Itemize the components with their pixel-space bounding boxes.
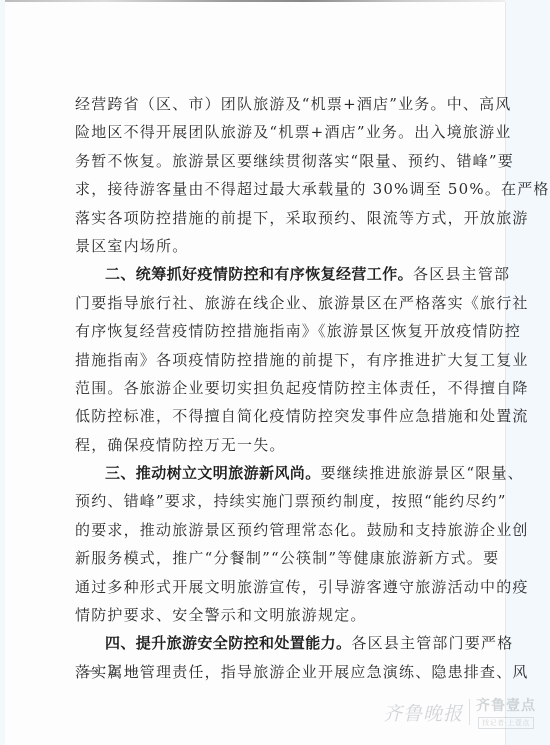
line-text: 要继续推进旅游景区“限量、 (321, 464, 524, 482)
line-text: 新服务模式，推广“分餐制”“公筷制”等健康旅游新方式。要 (75, 549, 499, 567)
line-text: 低防控标准，不得擅自简化疫情防控突发事件应急措施和处置流 (75, 407, 529, 425)
line-text: 求，接待游客量由不得超过最大承载量的 30%调至 50%。在严格 (75, 180, 550, 198)
line-text: 门要指导旅行社、旅游在线企业、旅游景区在严格落实《旅行社 (75, 294, 529, 312)
text-line: 程，确保疫情防控万无一失。 (75, 431, 470, 459)
watermark-divider (469, 699, 470, 725)
text-line: 低防控标准，不得擅自简化疫情防控突发事件应急措施和处置流 (75, 402, 470, 430)
line-text: 范围。各旅游企业要切实担负起疫情防控主体责任，不得擅自降 (75, 379, 529, 397)
text-line: 新服务模式，推广“分餐制”“公筷制”等健康旅游新方式。要 (75, 544, 470, 572)
section-heading-line: 二、统筹抓好疫情防控和有序恢复经营工作。各区县主管部 (75, 260, 470, 288)
line-text: 通过多种形式开展文明旅游宣传，引导游客遵守旅游活动中的疫 (75, 578, 529, 596)
text-line: 险地区不得开展团队旅游及“机票+酒店”业务。出入境旅游业 (75, 118, 470, 146)
line-text: 落实属地管理责任，指导旅游企业开展应急演练、隐患排查、风 (75, 663, 529, 681)
line-text: 措施指南》各项疫情防控措施的前提下，有序推进扩大复工复业 (75, 351, 529, 369)
line-text: 各区县主管部门要严格 (351, 634, 513, 652)
line-text: 情防护要求、安全警示和文明旅游规定。 (75, 606, 367, 624)
section-heading: 二、统筹抓好疫情防控和有序恢复经营工作。 (105, 265, 413, 283)
text-line: 范围。各旅游企业要切实担负起疫情防控主体责任，不得擅自降 (75, 374, 470, 402)
text-line: 预约、错峰”要求，持续实施门票预约制度，按照“能约尽约” (75, 487, 470, 515)
section-heading: 三、推动树立文明旅游新风尚。 (105, 464, 321, 482)
text-line: 务暂不恢复。旅游景区要继续贯彻落实“限量、预约、错峰”要 (75, 147, 470, 175)
text-line: 的要求，推动旅游景区预约管理常态化。鼓励和支持旅游企业创 (75, 516, 470, 544)
text-line: 求，接待游客量由不得超过最大承载量的 30%调至 50%。在严格 (75, 175, 470, 203)
watermark-slogan: 找记者·上壹点 (478, 717, 534, 729)
line-text: 有序恢复经营疫情防控措施指南》《旅游景区恢复开放疫情防控 (75, 322, 521, 340)
section-heading-line: 三、推动树立文明旅游新风尚。要继续推进旅游景区“限量、 (75, 459, 470, 487)
line-text: 各区县主管部 (413, 265, 510, 283)
text-line: 景区室内场所。 (75, 232, 470, 260)
text-line: 情防护要求、安全警示和文明旅游规定。 (75, 601, 470, 629)
line-text: 景区室内场所。 (75, 237, 188, 255)
watermark-logo: 齐鲁壹点 (476, 695, 536, 715)
watermark-logo-box: 齐鲁壹点 找记者·上壹点 (476, 695, 536, 729)
line-text: 程，确保疫情防控万无一失。 (75, 436, 286, 454)
line-text: 务暂不恢复。旅游景区要继续贯彻落实“限量、预约、错峰”要 (75, 152, 514, 170)
watermark: 齐鲁晚报 齐鲁壹点 找记者·上壹点 (383, 692, 543, 732)
text-line: 经营跨省（区、市）团队旅游及“机票+酒店”业务。中、高风 (75, 90, 470, 118)
text-line: 落实各项防控措施的前提下，采取预约、限流等方式，开放旅游 (75, 204, 470, 232)
line-text: 经营跨省（区、市）团队旅游及“机票+酒店”业务。中、高风 (75, 95, 512, 113)
section-heading: 四、提升旅游安全防控和处置能力。 (105, 634, 351, 652)
line-text: 预约、错峰”要求，持续实施门票预约制度，按照“能约尽约” (75, 492, 507, 510)
text-line: 门要指导旅行社、旅游在线企业、旅游景区在严格落实《旅行社 (75, 289, 470, 317)
line-text: 的要求，推动旅游景区预约管理常态化。鼓励和支持旅游企业创 (75, 521, 529, 539)
text-line: 有序恢复经营疫情防控措施指南》《旅游景区恢复开放疫情防控 (75, 317, 470, 345)
watermark-brand: 齐鲁晚报 (383, 699, 463, 726)
document-body: 经营跨省（区、市）团队旅游及“机票+酒店”业务。中、高风险地区不得开展团队旅游及… (75, 90, 470, 686)
text-line: 通过多种形式开展文明旅游宣传，引导游客遵守旅游活动中的疫 (75, 573, 470, 601)
line-text: 险地区不得开展团队旅游及“机票+酒店”业务。出入境旅游业 (75, 123, 512, 141)
section-heading-line: 四、提升旅游安全防控和处置能力。各区县主管部门要严格 (75, 629, 470, 657)
page-number: — 2 — (85, 663, 141, 679)
line-text: 落实各项防控措施的前提下，采取预约、限流等方式，开放旅游 (75, 209, 529, 227)
text-line: 措施指南》各项疫情防控措施的前提下，有序推进扩大复工复业 (75, 346, 470, 374)
